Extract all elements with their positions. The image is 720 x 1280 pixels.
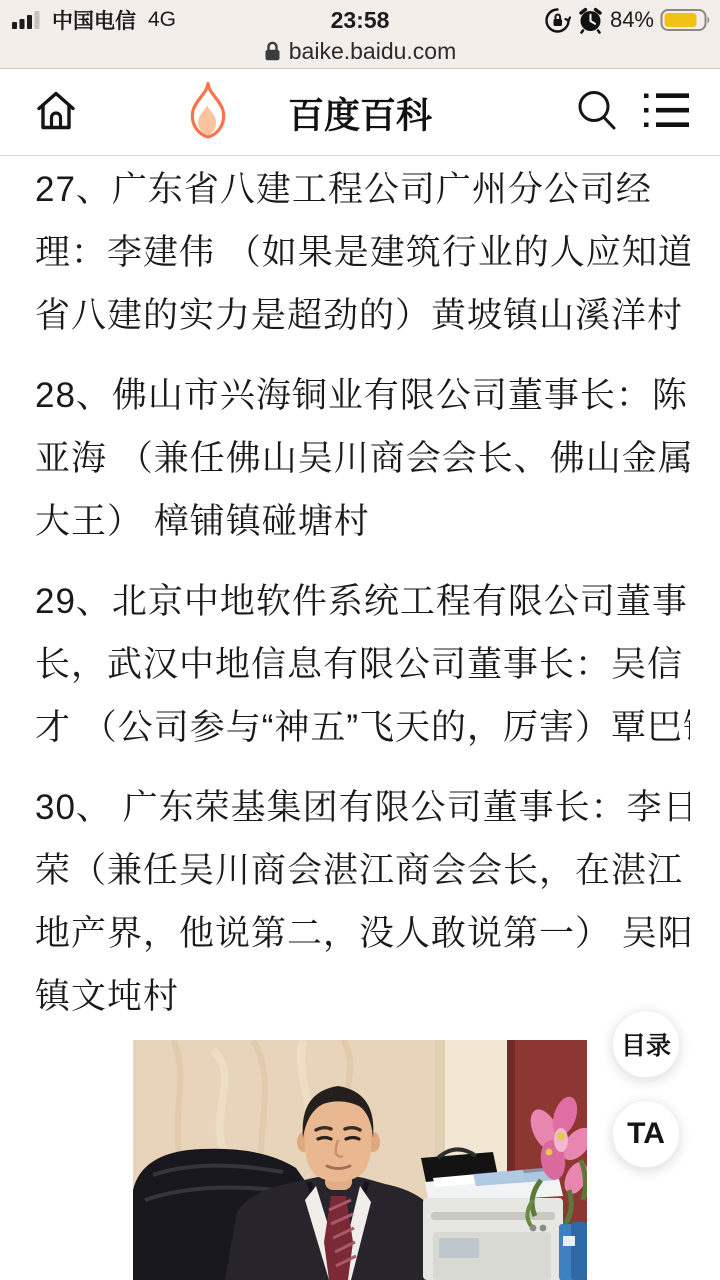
portrait-photo[interactable] (133, 1040, 587, 1280)
status-bar: 中国电信 4G 23:58 84% (0, 0, 720, 69)
status-right: 84% (544, 5, 712, 35)
ta-button-label: TA (627, 1117, 665, 1151)
article-paragraph-28: 28、佛山市兴海铜业有限公司董事长：陈 亚海 （兼任佛山吴川商会会长、佛山金属 … (35, 364, 690, 553)
toc-button-label: 目录 (621, 1026, 671, 1062)
browser-window: 中国电信 4G 23:58 84% (0, 0, 720, 1280)
article-paragraph-29: 29、北京中地软件系统工程有限公司董事 长，武汉中地信息有限公司董事长：吴信 才… (35, 570, 690, 759)
alarm-clock-icon (577, 7, 604, 34)
orientation-lock-icon (544, 7, 571, 34)
browser-toolbar: 百度百科 (0, 70, 720, 156)
article-paragraph-30: 30、 广东荣基集团有限公司董事长：李日 荣（兼任吴川商会湛江商会会长，在湛江 … (35, 776, 690, 1028)
url-bar[interactable]: baike.baidu.com (0, 37, 720, 65)
url-text: baike.baidu.com (289, 38, 457, 65)
battery-percent-label: 84% (610, 7, 654, 33)
toc-button[interactable]: 目录 (612, 1010, 680, 1078)
battery-icon (660, 7, 712, 33)
search-icon[interactable] (574, 87, 620, 138)
status-bar-top: 中国电信 4G 23:58 84% (0, 5, 720, 35)
secure-lock-icon (264, 40, 281, 62)
article-paragraph-27: 27、广东省八建工程公司广州分公司经 理：李建伟 （如果是建筑行业的人应知道 省… (35, 158, 690, 347)
ta-button[interactable]: TA (612, 1100, 680, 1168)
list-menu-icon[interactable] (642, 89, 692, 136)
article-body: 27、广东省八建工程公司广州分公司经 理：李建伟 （如果是建筑行业的人应知道 省… (35, 158, 690, 1045)
